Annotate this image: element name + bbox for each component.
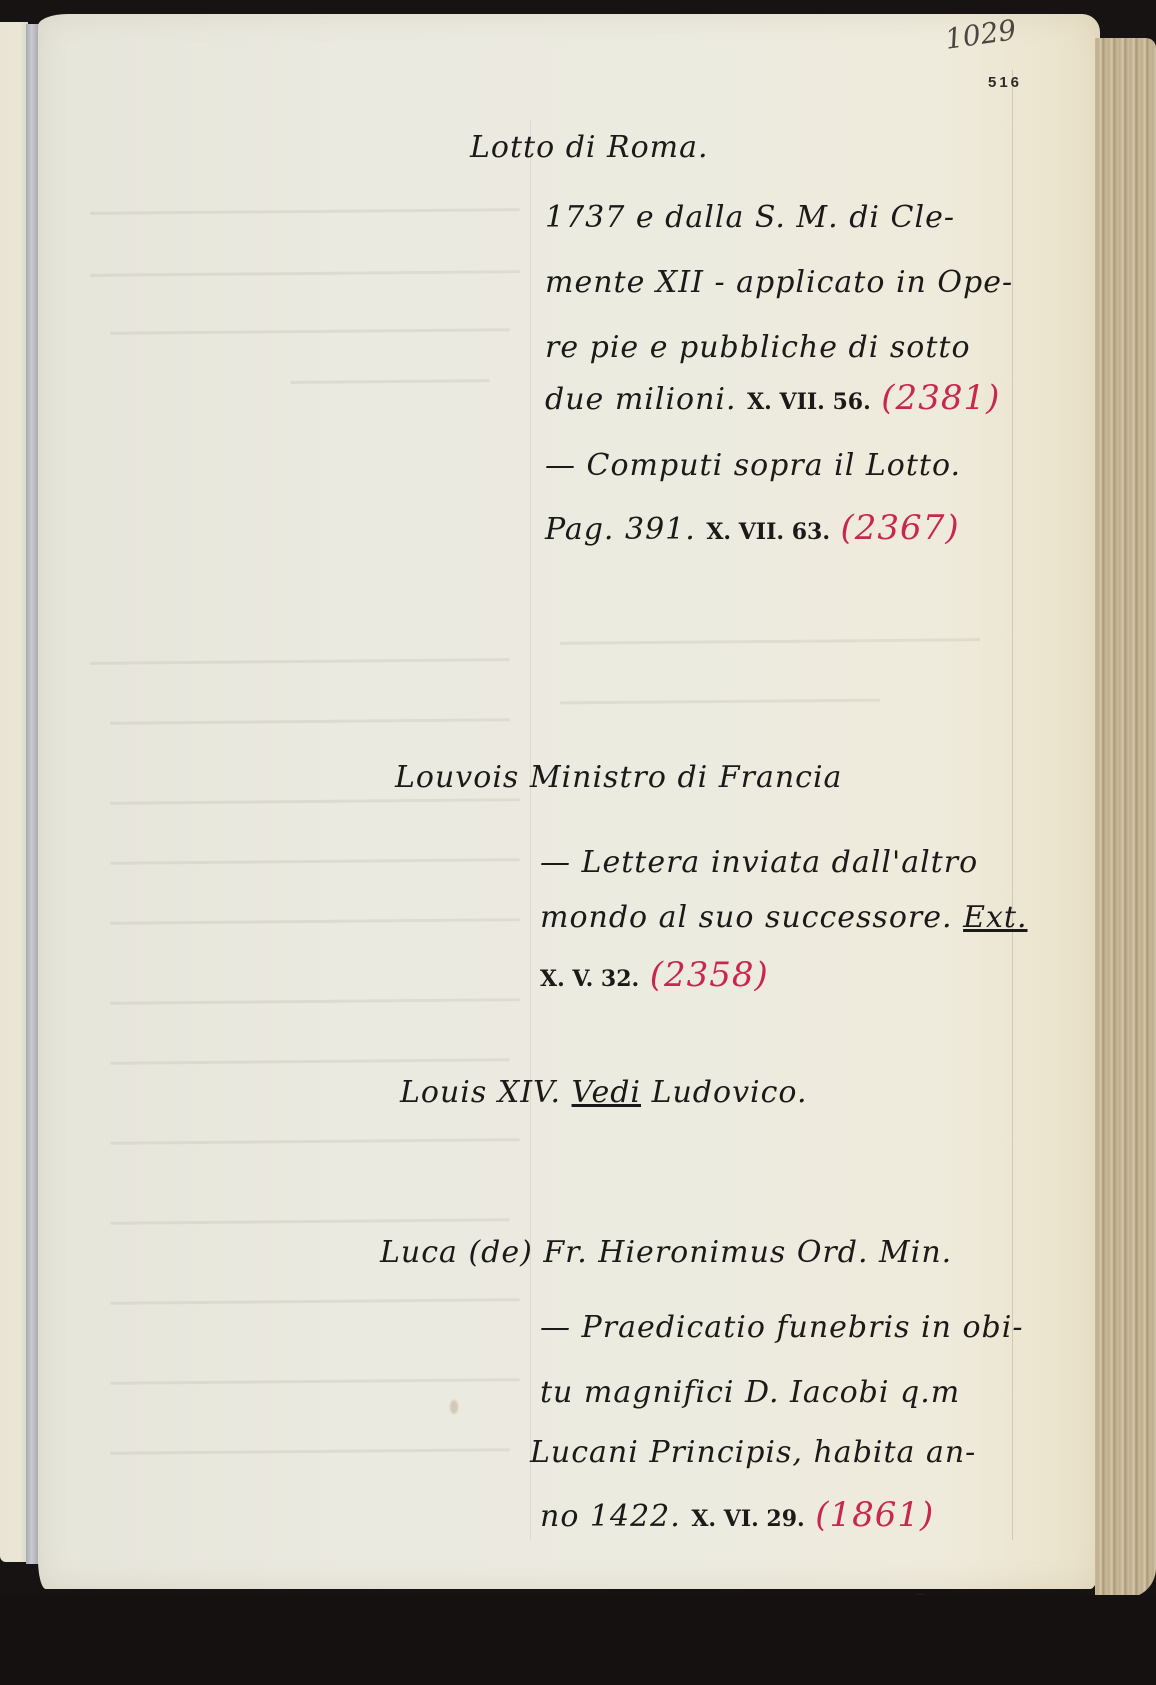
entry-heading-louis-xiv: Louis XIV. Vedi Ludovico. [400, 1075, 808, 1110]
entry-line: mondo al suo successore. Ext. [540, 900, 1028, 935]
entry-line: — Lettera inviata dall'altro [540, 845, 978, 880]
entry-line: X. V. 32. (2358) [540, 955, 769, 995]
shelf-reference: X. V. 32. [540, 966, 639, 992]
catalog-number: (2367) [841, 508, 960, 548]
facing-page-edge [0, 22, 28, 1562]
entry-heading-louvois: Louvois Ministro di Francia [395, 760, 842, 795]
entry-line: tu magnifici D. Iacobi q.m [540, 1375, 960, 1410]
entry-heading-lotto-di-roma: Lotto di Roma. [470, 130, 709, 165]
entry-line: mente XII - applicato in Ope- [545, 265, 1013, 300]
entry-line: no 1422. X. VI. 29. (1861) [540, 1495, 934, 1535]
entry-heading-luca: Luca (de) Fr. Hieronimus Ord. Min. [380, 1235, 952, 1270]
entry-line: Lucani Principis, habita an- [530, 1435, 976, 1470]
entry-line: re pie e pubbliche di sotto [545, 330, 971, 365]
shelf-reference: X. VI. 29. [691, 1506, 804, 1532]
see-reference-label: Vedi [572, 1075, 641, 1110]
exstat-note: Ext. [963, 900, 1027, 935]
catalog-number: (1861) [815, 1495, 934, 1535]
entry-line: Pag. 391. X. VII. 63. (2367) [545, 508, 960, 548]
see-reference-target: Ludovico. [652, 1075, 808, 1110]
column-rule [530, 120, 531, 1540]
shelf-reference: X. VII. 56. [747, 389, 871, 415]
paper-stain [450, 1400, 458, 1414]
printed-folio-number: 516 [988, 74, 1022, 91]
entry-line: due milioni. X. VII. 56. (2381) [545, 378, 1000, 418]
catalog-number: (2381) [881, 378, 1000, 418]
entry-line: — Computi sopra il Lotto. [545, 448, 961, 483]
catalog-number: (2358) [650, 955, 769, 995]
page-edges-stack [1095, 38, 1156, 1598]
entry-line: 1737 e dalla S. M. di Cle- [545, 200, 955, 235]
entry-line: — Praedicatio funebris in obi- [540, 1310, 1023, 1345]
background-shadow [0, 1595, 1156, 1685]
shelf-reference: X. VII. 63. [706, 519, 830, 545]
